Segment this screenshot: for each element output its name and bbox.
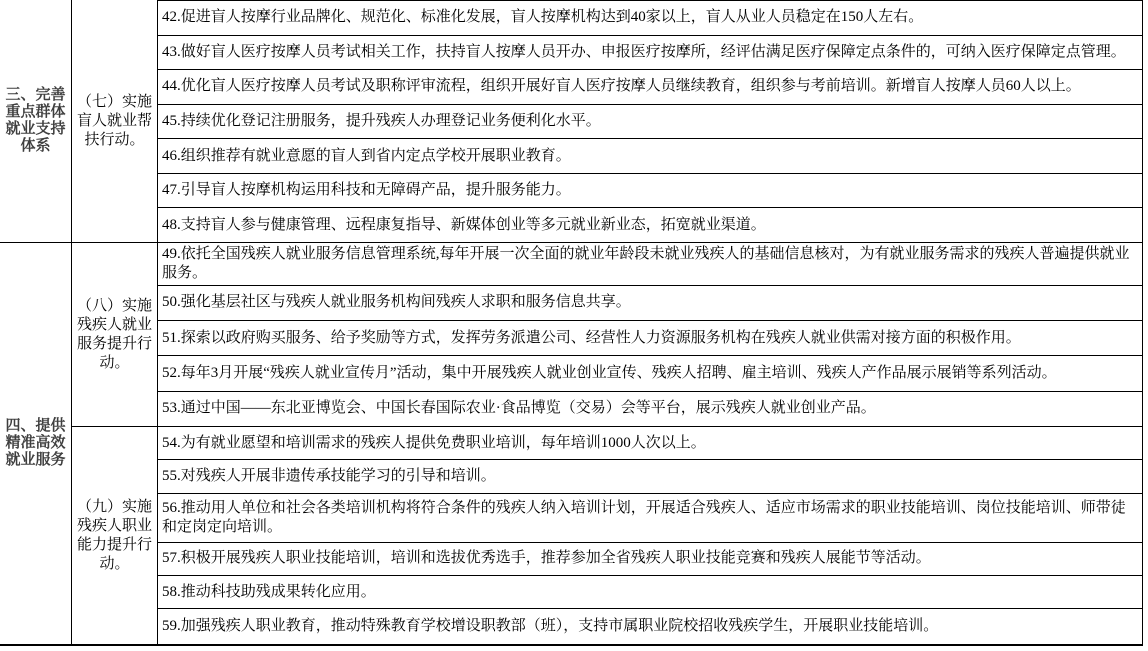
task-item-text: 45.持续优化登记注册服务，提升残疾人办理登记业务便利化水平。: [162, 112, 601, 131]
action-cell: （八）实施残疾人就业服务提升行动。: [72, 243, 158, 426]
section-3: 三、完善重点群体就业支持体系 （七）实施盲人就业帮扶行动。 42.促进盲人按摩行…: [0, 0, 1142, 243]
policy-task-table: 三、完善重点群体就业支持体系 （七）实施盲人就业帮扶行动。 42.促进盲人按摩行…: [0, 0, 1143, 646]
task-item-row: 54.为有就业愿望和培训需求的残疾人提供免费职业培训，每年培训1000人次以上。: [158, 427, 1142, 460]
task-item-row: 51.探索以政府购买服务、给予奖励等方式，发挥劳务派遣公司、经营性人力资源服务机…: [158, 321, 1142, 356]
task-item-row: 52.每年3月开展“残疾人就业宣传月”活动，集中开展残疾人就业创业宣传、残疾人招…: [158, 356, 1142, 391]
action-cell: （九）实施残疾人职业能力提升行动。: [72, 427, 158, 644]
task-item-text: 56.推动用人单位和社会各类培训机构将符合条件的残疾人纳入培训计划，开展适合残疾…: [162, 499, 1139, 537]
task-item-text: 59.加强残疾人职业教育，推动特殊教育学校增设职教部（班），支持市属职业院校招收…: [162, 617, 938, 636]
task-item-row: 44.优化盲人医疗按摩人员考试及职称评审流程，组织开展好盲人医疗按摩人员继续教育…: [158, 70, 1142, 105]
task-item-row: 45.持续优化登记注册服务，提升残疾人办理登记业务便利化水平。: [158, 105, 1142, 140]
task-item-text: 57.积极开展残疾人职业技能培训，培训和选拔优秀选手，推荐参加全省残疾人职业技能…: [162, 549, 931, 568]
action-cell: （七）实施盲人就业帮扶行动。: [72, 0, 158, 242]
task-item-text: 43.做好盲人医疗按摩人员考试相关工作，扶持盲人按摩人员开办、申报医疗按摩所，经…: [162, 43, 1126, 62]
task-item-row: 43.做好盲人医疗按摩人员考试相关工作，扶持盲人按摩人员开办、申报医疗按摩所，经…: [158, 36, 1142, 71]
task-item-text: 42.促进盲人按摩行业品牌化、规范化、标准化发展，盲人按摩机构达到40家以上，盲…: [162, 8, 923, 27]
task-list: 49.依托全国残疾人就业服务信息管理系统,每年开展一次全面的就业年龄段未就业残疾…: [158, 243, 1142, 426]
task-item-text: 46.组织推荐有就业意愿的盲人到省内定点学校开展职业教育。: [162, 147, 571, 166]
category-cell: 三、完善重点群体就业支持体系: [0, 0, 72, 242]
group-8: （八）实施残疾人就业服务提升行动。 49.依托全国残疾人就业服务信息管理系统,每…: [72, 243, 1142, 427]
task-item-text: 58.推动科技助残成果转化应用。: [162, 583, 376, 602]
task-item-text: 49.依托全国残疾人就业服务信息管理系统,每年开展一次全面的就业年龄段未就业残疾…: [162, 245, 1139, 283]
task-list: 42.促进盲人按摩行业品牌化、规范化、标准化发展，盲人按摩机构达到40家以上，盲…: [158, 0, 1142, 242]
task-list: 54.为有就业愿望和培训需求的残疾人提供免费职业培训，每年培训1000人次以上。…: [158, 427, 1142, 644]
task-item-row: 49.依托全国残疾人就业服务信息管理系统,每年开展一次全面的就业年龄段未就业残疾…: [158, 243, 1142, 286]
task-item-row: 50.强化基层社区与残疾人就业服务机构间残疾人求职和服务信息共享。: [158, 286, 1142, 321]
task-item-row: 53.通过中国——东北亚博览会、中国长春国际农业·食品博览（交易）会等平台，展示…: [158, 392, 1142, 426]
group-9: （九）实施残疾人职业能力提升行动。 54.为有就业愿望和培训需求的残疾人提供免费…: [72, 427, 1142, 644]
category-cell: 四、提供精准高效就业服务: [0, 243, 72, 644]
task-item-text: 55.对残疾人开展非遗传承技能学习的引导和培训。: [162, 467, 496, 486]
task-item-row: 48.支持盲人参与健康管理、远程康复指导、新媒体创业等多元就业新业态，拓宽就业渠…: [158, 208, 1142, 242]
task-item-row: 42.促进盲人按摩行业品牌化、规范化、标准化发展，盲人按摩机构达到40家以上，盲…: [158, 1, 1142, 36]
task-item-text: 50.强化基层社区与残疾人就业服务机构间残疾人求职和服务信息共享。: [162, 293, 631, 312]
task-item-text: 48.支持盲人参与健康管理、远程康复指导、新媒体创业等多元就业新业态，拓宽就业渠…: [162, 216, 766, 235]
task-item-row: 59.加强残疾人职业教育，推动特殊教育学校增设职教部（班），支持市属职业院校招收…: [158, 609, 1142, 644]
task-item-row: 55.对残疾人开展非遗传承技能学习的引导和培训。: [158, 460, 1142, 493]
task-item-text: 44.优化盲人医疗按摩人员考试及职称评审流程，组织开展好盲人医疗按摩人员继续教育…: [162, 77, 1081, 96]
task-item-row: 47.引导盲人按摩机构运用科技和无障碍产品，提升服务能力。: [158, 174, 1142, 209]
section-4-groups: （八）实施残疾人就业服务提升行动。 49.依托全国残疾人就业服务信息管理系统,每…: [72, 243, 1142, 644]
task-item-text: 47.引导盲人按摩机构运用科技和无障碍产品，提升服务能力。: [162, 181, 571, 200]
task-item-text: 53.通过中国——东北亚博览会、中国长春国际农业·食品博览（交易）会等平台，展示…: [162, 399, 876, 418]
task-item-row: 58.推动科技助残成果转化应用。: [158, 576, 1142, 609]
task-item-text: 51.探索以政府购买服务、给予奖励等方式，发挥劳务派遣公司、经营性人力资源服务机…: [162, 329, 1021, 348]
task-item-row: 46.组织推荐有就业意愿的盲人到省内定点学校开展职业教育。: [158, 139, 1142, 174]
task-item-text: 54.为有就业愿望和培训需求的残疾人提供免费职业培训，每年培训1000人次以上。: [162, 434, 706, 453]
task-item-row: 56.推动用人单位和社会各类培训机构将符合条件的残疾人纳入培训计划，开展适合残疾…: [158, 494, 1142, 543]
task-item-row: 57.积极开展残疾人职业技能培训，培训和选拔优秀选手，推荐参加全省残疾人职业技能…: [158, 543, 1142, 576]
task-item-text: 52.每年3月开展“残疾人就业宣传月”活动，集中开展残疾人就业创业宣传、残疾人招…: [162, 364, 1057, 383]
section-4: 四、提供精准高效就业服务 （八）实施残疾人就业服务提升行动。 49.依托全国残疾…: [0, 243, 1142, 644]
